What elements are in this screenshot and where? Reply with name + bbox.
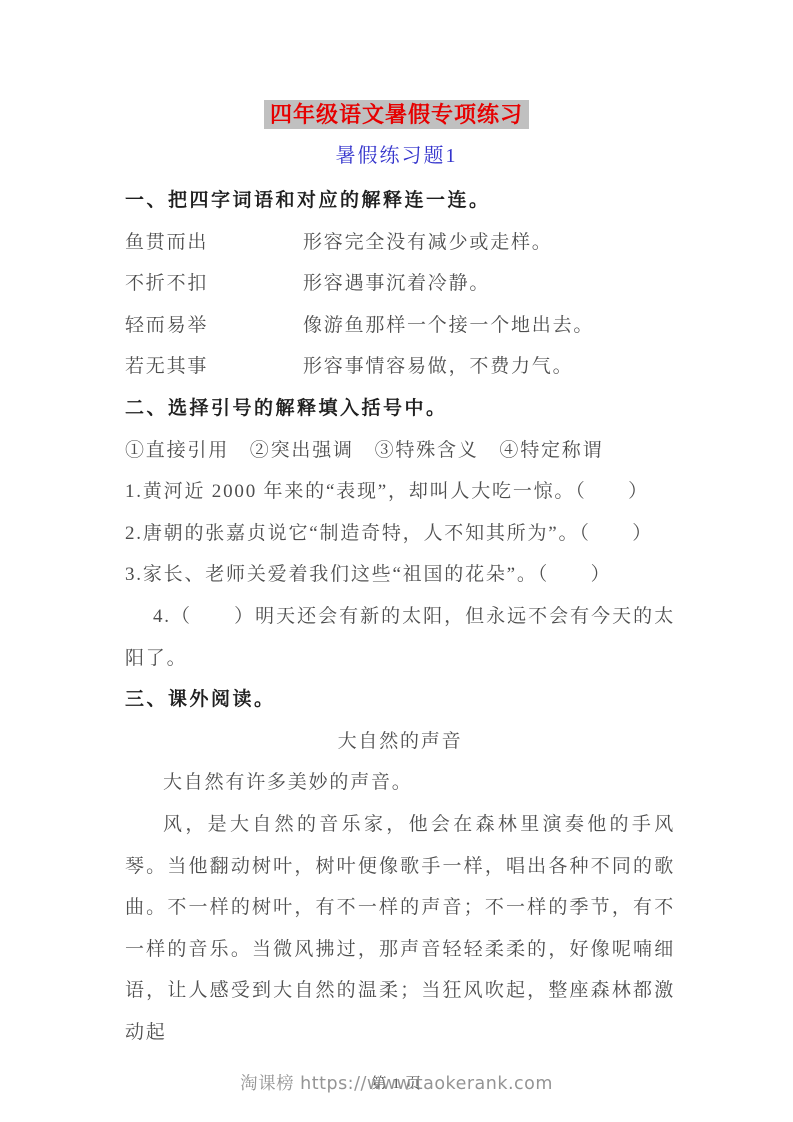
match-definition: 形容事情容易做，不费力气。: [303, 346, 675, 388]
match-word: 轻而易举: [125, 305, 303, 347]
document-body: 一、把四字词语和对应的解释连一连。 鱼贯而出 形容完全没有减少或走样。 不折不扣…: [125, 180, 675, 1053]
worksheet-page: 四年级语文暑假专项练习 暑假练习题1 一、把四字词语和对应的解释连一连。 鱼贯而…: [0, 0, 793, 1122]
section-two-heading: 二、选择引号的解释填入括号中。: [125, 388, 675, 430]
match-definition: 形容完全没有减少或走样。: [303, 222, 675, 264]
site-watermark: 淘课榜 https://www.taokerank.com: [240, 1074, 553, 1094]
question-line: 4.（ ）明天还会有新的太阳，但永远不会有今天的太阳了。: [125, 596, 675, 679]
page-footer: 第 1 页 淘课榜 https://www.taokerank.com: [0, 1070, 793, 1096]
question-line: 3.家长、老师关爱着我们这些“祖国的花朵”。（ ）: [125, 554, 675, 596]
quote-options-line: ①直接引用 ②突出强调 ③特殊含义 ④特定称谓: [125, 430, 675, 472]
reading-paragraph: 大自然有许多美妙的声音。: [125, 762, 675, 804]
match-definition: 形容遇事沉着冷静。: [303, 263, 675, 305]
section-three-heading: 三、课外阅读。: [125, 679, 675, 721]
match-row: 鱼贯而出 形容完全没有减少或走样。: [125, 222, 675, 264]
doc-subtitle: 暑假练习题1: [0, 142, 793, 170]
match-word: 鱼贯而出: [125, 222, 303, 264]
match-row: 若无其事 形容事情容易做，不费力气。: [125, 346, 675, 388]
page-title: 四年级语文暑假专项练习: [264, 100, 529, 129]
question-line: 1.黄河近 2000 年来的“表现”，却叫人大吃一惊。（ ）: [125, 471, 675, 513]
match-row: 轻而易举 像游鱼那样一个接一个地出去。: [125, 305, 675, 347]
reading-title: 大自然的声音: [125, 721, 675, 763]
reading-paragraph: 风，是大自然的音乐家，他会在森林里演奏他的手风琴。当他翻动树叶，树叶便像歌手一样…: [125, 804, 675, 1054]
question-line: 2.唐朝的张嘉贞说它“制造奇特，人不知其所为”。（ ）: [125, 513, 675, 555]
doc-title-row: 四年级语文暑假专项练习: [0, 0, 793, 130]
match-word: 不折不扣: [125, 263, 303, 305]
match-definition: 像游鱼那样一个接一个地出去。: [303, 305, 675, 347]
section-one-heading: 一、把四字词语和对应的解释连一连。: [125, 180, 675, 222]
match-row: 不折不扣 形容遇事沉着冷静。: [125, 263, 675, 305]
match-word: 若无其事: [125, 346, 303, 388]
